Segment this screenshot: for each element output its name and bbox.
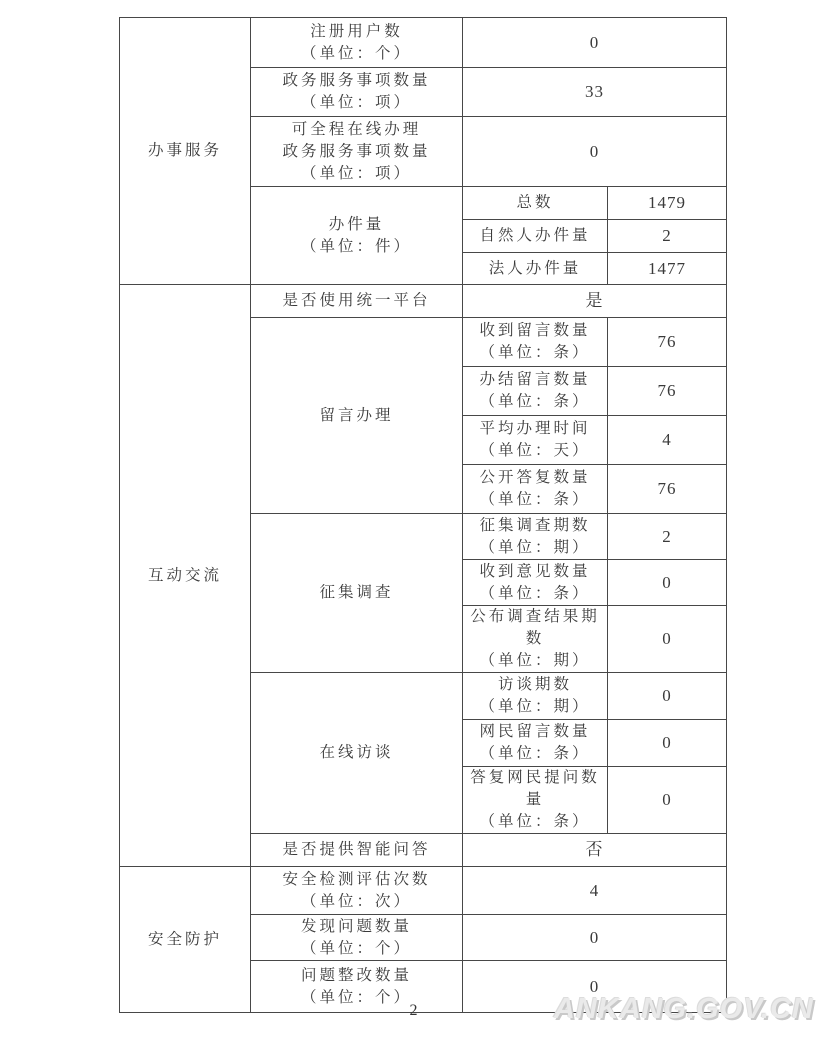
subitem-label: 法人办件量: [463, 253, 608, 285]
subitem-label: 收到意见数量 （单位：条）: [463, 560, 608, 606]
item-group-label: 征集调查: [251, 514, 463, 673]
category-label: 安全防护: [120, 929, 250, 951]
subitem-value: 2: [608, 514, 727, 560]
subitem-value: 1477: [608, 253, 727, 285]
subitem-value: 76: [608, 465, 727, 514]
subitem-label: 总数: [463, 187, 608, 220]
section-category: 办事服务: [120, 18, 251, 285]
item-value: 33: [463, 68, 727, 117]
item-value: 0: [463, 915, 727, 961]
subitem-value: 4: [608, 416, 727, 465]
subitem-label: 访谈期数 （单位：期）: [463, 673, 608, 720]
annual-report-table: 办事服务 注册用户数 （单位：个） 0 政务服务事项数量 （单位：项） 33 可…: [119, 17, 727, 1013]
item-label: 是否提供智能问答: [251, 834, 463, 867]
subitem-label: 公开答复数量 （单位：条）: [463, 465, 608, 514]
item-label: 是否使用统一平台: [251, 285, 463, 318]
category-label: 互动交流: [120, 565, 250, 587]
subitem-label: 收到留言数量 （单位：条）: [463, 318, 608, 367]
item-value: 4: [463, 867, 727, 915]
subitem-label: 征集调查期数 （单位：期）: [463, 514, 608, 560]
subitem-label: 自然人办件量: [463, 220, 608, 253]
subitem-label: 网民留言数量 （单位：条）: [463, 720, 608, 767]
item-value: 否: [463, 834, 727, 867]
subitem-value: 0: [608, 560, 727, 606]
subitem-label: 公布调查结果期数 （单位：期）: [463, 606, 608, 673]
subitem-value: 0: [608, 767, 727, 834]
subitem-value: 0: [608, 606, 727, 673]
item-value: 是: [463, 285, 727, 318]
item-label: 安全检测评估次数 （单位：次）: [251, 867, 463, 915]
subitem-value: 0: [608, 673, 727, 720]
section-category: 互动交流: [120, 285, 251, 867]
category-label: 办事服务: [120, 140, 250, 162]
subitem-value: 0: [608, 720, 727, 767]
item-label: 政务服务事项数量 （单位：项）: [251, 68, 463, 117]
item-group-label: 在线访谈: [251, 673, 463, 834]
subitem-value: 76: [608, 318, 727, 367]
subitem-label: 办结留言数量 （单位：条）: [463, 367, 608, 416]
document-page: 办事服务 注册用户数 （单位：个） 0 政务服务事项数量 （单位：项） 33 可…: [0, 0, 827, 1043]
subitem-value: 76: [608, 367, 727, 416]
subitem-value: 1479: [608, 187, 727, 220]
site-watermark: ANKANG.GOV.CN: [554, 993, 814, 1026]
section-category: 安全防护: [120, 867, 251, 1013]
item-group-label: 留言办理: [251, 318, 463, 514]
subitem-label: 平均办理时间 （单位：天）: [463, 416, 608, 465]
item-value: 0: [463, 117, 727, 187]
subitem-label: 答复网民提问数量 （单位：条）: [463, 767, 608, 834]
subitem-value: 2: [608, 220, 727, 253]
item-label: 可全程在线办理 政务服务事项数量 （单位：项）: [251, 117, 463, 187]
item-label: 注册用户数 （单位：个）: [251, 18, 463, 68]
item-group-label: 办件量 （单位：件）: [251, 187, 463, 285]
item-label: 发现问题数量 （单位：个）: [251, 915, 463, 961]
item-value: 0: [463, 18, 727, 68]
